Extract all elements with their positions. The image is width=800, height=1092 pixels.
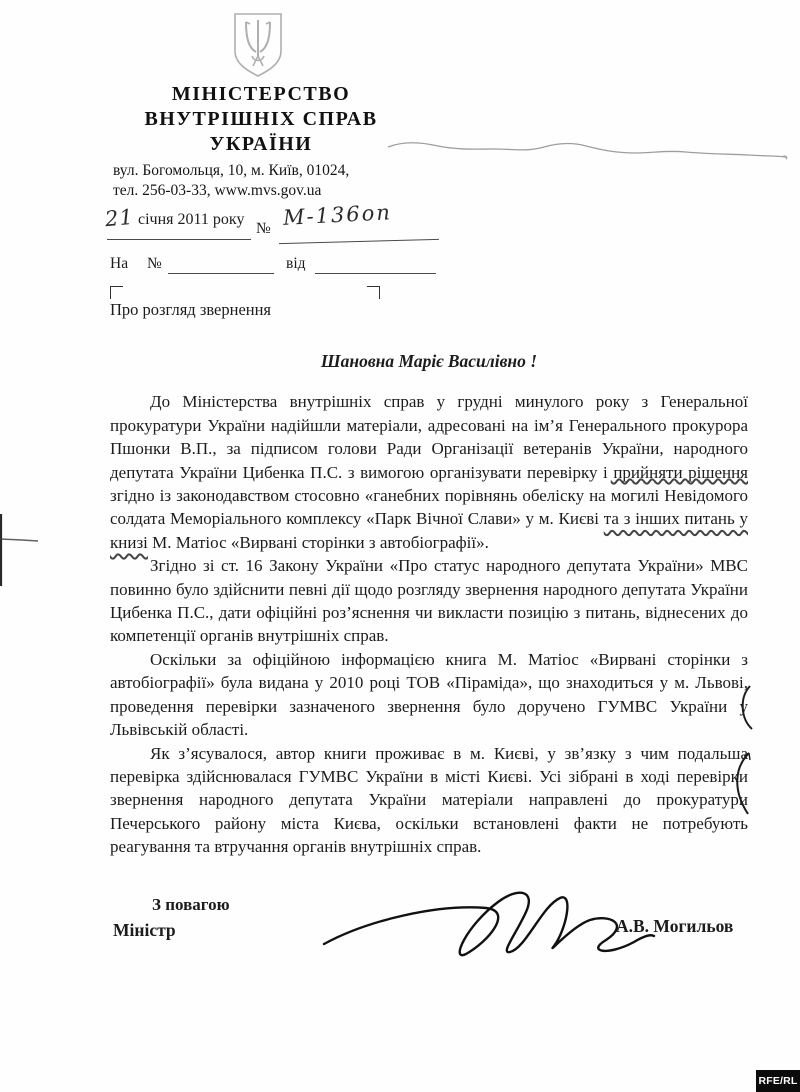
- paragraph-1: До Міністерства внутрішніх справ у грудн…: [110, 390, 748, 554]
- date-printed: січня 2011 року: [138, 211, 244, 229]
- ministry-title: МІНІСТЕРСТВО ВНУТРІШНІХ СПРАВ УКРАЇНИ: [100, 82, 422, 157]
- incoming-number-sign: №: [147, 255, 162, 273]
- handwritten-day: 21: [104, 205, 135, 231]
- ukraine-trident-emblem-icon: [226, 12, 290, 80]
- corner-bracket-right: [367, 286, 380, 299]
- scan-artifact-squiggle: [386, 136, 792, 164]
- number-underline: [279, 239, 439, 245]
- ministry-title-line2: ВНУТРІШНІХ СПРАВ: [100, 107, 422, 132]
- letterhead-address: вул. Богомольця, 10, м. Київ, 01024, тел…: [113, 161, 443, 201]
- corner-bracket-left: [110, 286, 123, 299]
- scan-artifact-left-edge: [0, 514, 42, 586]
- incoming-from-label: від: [286, 255, 306, 273]
- ministry-title-line3: УКРАЇНИ: [100, 132, 422, 157]
- minister-signature: [318, 882, 658, 972]
- pen-marks-right-margin: [724, 684, 766, 820]
- address-line: вул. Богомольця, 10, м. Київ, 01024,: [113, 161, 443, 181]
- handwritten-number: М-136оп: [282, 200, 392, 230]
- p1-pen-overlined-phrase: могилі Невідомого: [611, 486, 748, 505]
- paragraph-3: Оскільки за офіційною інформацією книга …: [110, 648, 748, 742]
- closing-regards: З повагою: [152, 895, 230, 915]
- incoming-number-line: [168, 273, 274, 274]
- scanned-letter-page: МІНІСТЕРСТВО ВНУТРІШНІХ СПРАВ УКРАЇНИ ву…: [0, 0, 800, 1092]
- paragraph-2: Згідно зі ст. 16 Закону України «Про ста…: [110, 554, 748, 648]
- closing-title: Міністр: [113, 920, 176, 941]
- number-sign: №: [256, 220, 271, 238]
- salutation: Шановна Маріє Василівно !: [110, 350, 748, 373]
- rferl-watermark-badge: RFE/RL: [756, 1070, 800, 1092]
- incoming-label: На: [110, 255, 128, 273]
- paragraph-4: Як з’ясувалося, автор книги проживає в м…: [110, 742, 748, 859]
- p1-text: солдата Меморіального комплексу «Парк Ві…: [110, 509, 604, 528]
- ministry-title-line1: МІНІСТЕРСТВО: [100, 82, 422, 107]
- phone-web-line: тел. 256-03-33, www.mvs.gov.ua: [113, 181, 443, 201]
- date-underline: [107, 239, 251, 240]
- letter-body: Шановна Маріє Василівно ! До Міністерств…: [110, 350, 748, 859]
- p1-text: М. Матіос «Вирвані сторінки з автобіогра…: [148, 533, 489, 552]
- subject-line: Про розгляд звернення: [110, 300, 271, 320]
- incoming-from-line: [315, 273, 436, 274]
